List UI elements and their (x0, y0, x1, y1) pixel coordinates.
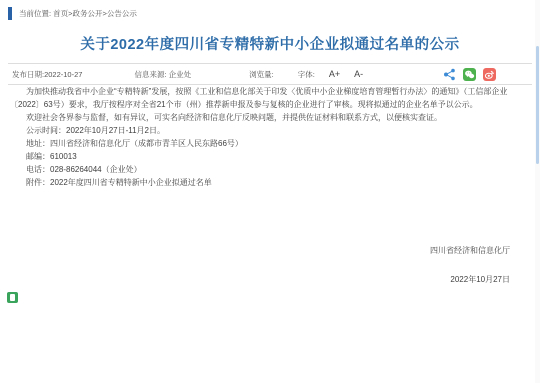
font-decrease-button[interactable]: A- (354, 69, 363, 79)
paragraph-address: 地址：四川省经济和信息化厅（成都市青羊区人民东路66号） (10, 137, 530, 150)
paragraph-intro: 为加快推动我省中小企业“专精特新”发展，按照《工业和信息化部关于印发〈优质中小企… (10, 85, 530, 111)
signature-date: 2022年10月27日 (0, 274, 540, 285)
info-source: 信息来源: 企业处 (134, 69, 191, 80)
scrollbar-thumb[interactable] (536, 46, 539, 164)
attachment-file-icon[interactable] (7, 292, 18, 303)
signature-organization: 四川省经济和信息化厅 (0, 245, 540, 256)
paragraph-postcode: 邮编：610013 (10, 150, 530, 163)
breadcrumb-text[interactable]: 当前位置: 首页>政务公开>公告公示 (19, 8, 137, 19)
document-glyph (10, 294, 15, 301)
paragraph-supervision: 欢迎社会各界参与监督，如有异议，可实名向经济和信息化厅反映问题，并提供佐证材料和… (10, 111, 530, 124)
wechat-share-icon[interactable] (462, 67, 476, 81)
page-title: 关于2022年度四川省专精特新中小企业拟通过名单的公示 (0, 33, 540, 54)
article-body: 为加快推动我省中小企业“专精特新”发展，按照《工业和信息化部关于印发〈优质中小企… (0, 85, 540, 189)
share-nodes-icon[interactable] (442, 67, 456, 81)
font-increase-button[interactable]: A+ (329, 69, 340, 79)
article-meta-bar: 发布日期:2022-10-27 信息来源: 企业处 浏览量: 字体: A+ A- (8, 63, 532, 85)
breadcrumb-accent-bar (8, 7, 12, 20)
share-buttons (442, 67, 496, 81)
paragraph-phone: 电话：028-86264044（企业处） (10, 163, 530, 176)
paragraph-public-period: 公示时间：2022年10月27日-11月2日。 (10, 124, 530, 137)
font-size-label: 字体: (298, 69, 315, 80)
weibo-share-icon[interactable] (482, 67, 496, 81)
view-count-label: 浏览量: (249, 69, 274, 80)
paragraph-attachment[interactable]: 附件：2022年度四川省专精特新中小企业拟通过名单 (10, 176, 530, 189)
breadcrumb: 当前位置: 首页>政务公开>公告公示 (8, 0, 540, 20)
publish-date: 发布日期:2022-10-27 (12, 69, 82, 80)
